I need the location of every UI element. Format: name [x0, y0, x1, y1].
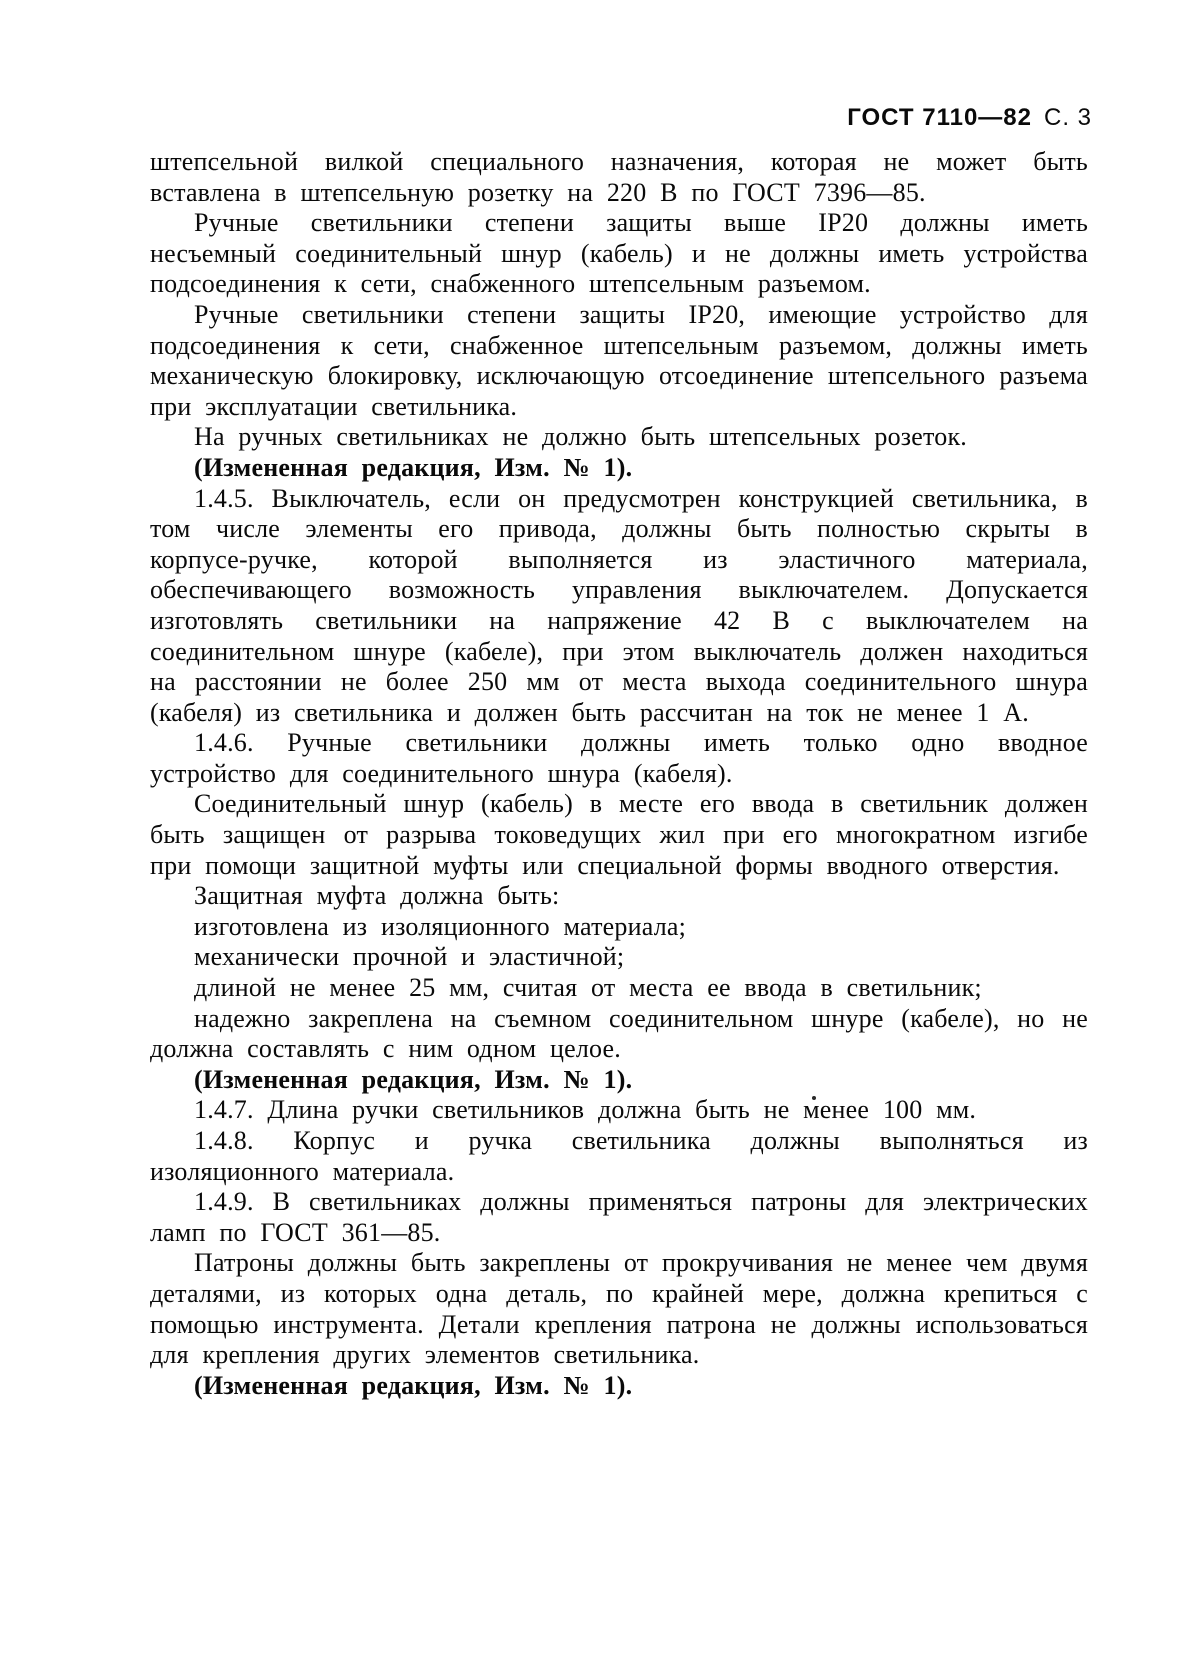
clause-1-4-8: 1.4.8. Корпус и ручка светильника должны…	[150, 1126, 1088, 1187]
clause-1-4-7: 1.4.7. Длина ручки светильников должна б…	[150, 1095, 1088, 1126]
amendment-note: (Измененная редакция, Изм. № 1).	[150, 1065, 1088, 1096]
page-header: ГОСТ 7110—82С. 3	[0, 105, 1092, 131]
paragraph: Ручные светильники степени защиты IP20, …	[150, 300, 1088, 422]
clause-1-4-5: 1.4.5. Выключатель, если он предусмотрен…	[150, 484, 1088, 729]
clause-1-4-6: 1.4.6. Ручные светильники должны иметь т…	[150, 728, 1088, 789]
standard-number: ГОСТ 7110—82	[847, 104, 1032, 131]
page-number: С. 3	[1044, 104, 1092, 131]
paragraph: Патроны должны быть закреплены от прокру…	[150, 1248, 1088, 1370]
amendment-note: (Измененная редакция, Изм. № 1).	[150, 453, 1088, 484]
paragraph: Соединительный шнур (кабель) в месте его…	[150, 789, 1088, 881]
document-page: ГОСТ 7110—82С. 3 штепсельной вилкой спец…	[0, 0, 1187, 1679]
list-item: механически прочной и эластичной;	[150, 942, 1088, 973]
paragraph: штепсельной вилкой специального назначен…	[150, 147, 1088, 208]
list-item: длиной не менее 25 мм, считая от места е…	[150, 973, 1088, 1004]
list-item: надежно закреплена на съемном соединител…	[150, 1004, 1088, 1065]
paragraph: Ручные светильники степени защиты выше I…	[150, 208, 1088, 300]
paragraph: Защитная муфта должна быть:	[150, 881, 1088, 912]
paragraph: На ручных светильниках не должно быть шт…	[150, 422, 1088, 453]
clause-1-4-9: 1.4.9. В светильниках должны применяться…	[150, 1187, 1088, 1248]
scan-speck	[812, 1096, 816, 1100]
list-item: изготовлена из изоляционного материала;	[150, 912, 1088, 943]
amendment-note: (Измененная редакция, Изм. № 1).	[150, 1371, 1088, 1402]
document-body: штепсельной вилкой специального назначен…	[150, 147, 1088, 1401]
